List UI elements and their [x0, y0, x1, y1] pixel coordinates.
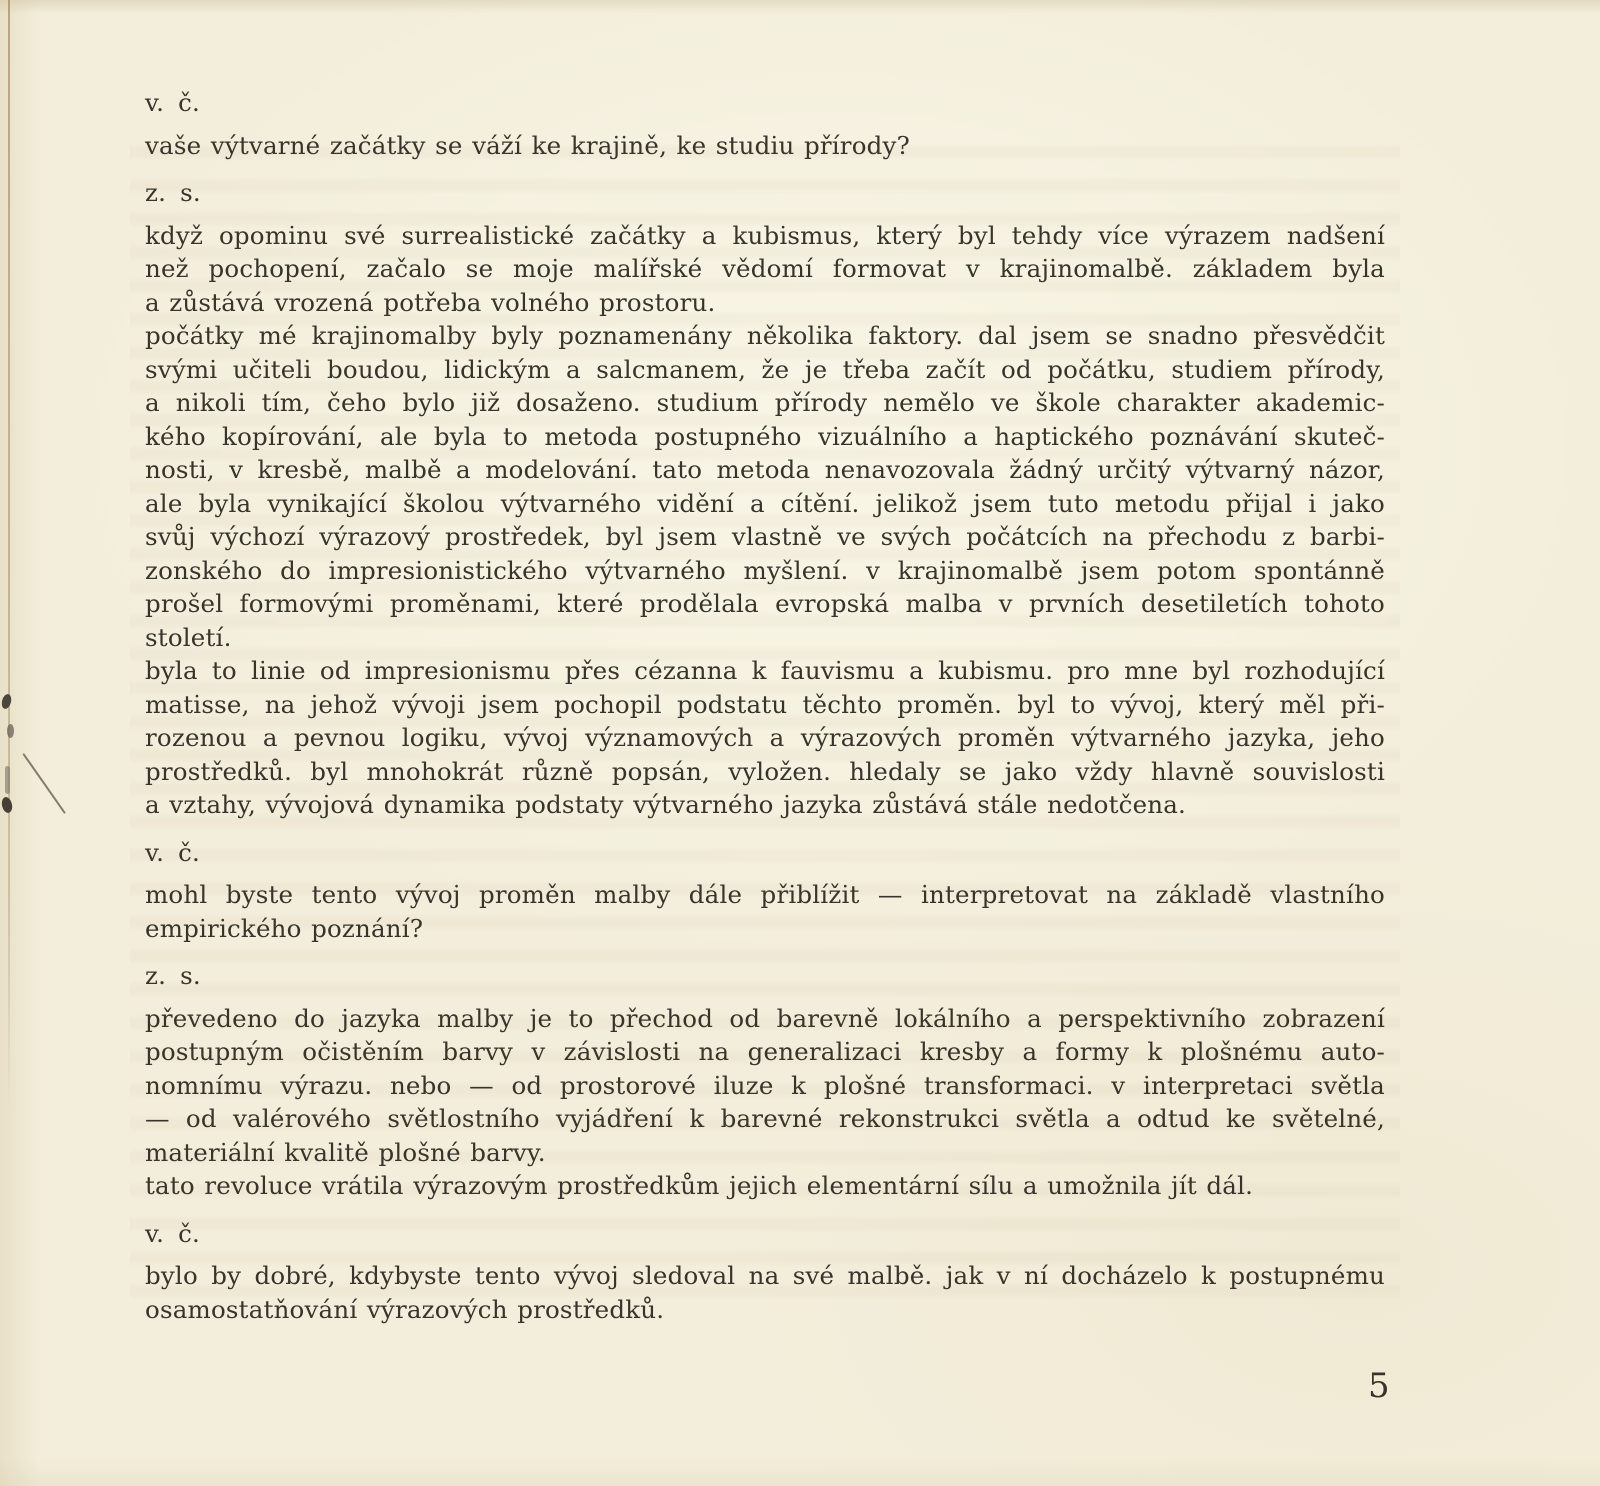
paragraph: bylo by dobré, kdybyste tento vývoj sled… [145, 1259, 1385, 1326]
speaker-label: v. č. [145, 836, 1385, 870]
text-line: než pochopení, začalo se moje malířské v… [145, 252, 1385, 286]
text-line: zonského do impresionistického výtvarnéh… [145, 554, 1385, 588]
text-line: kého kopírování, ale byla to metoda post… [145, 420, 1385, 454]
text-line: osamostatňování výrazových prostředků. [145, 1293, 1385, 1327]
text-line: mohl byste tento vývoj proměn malby dále… [145, 878, 1385, 912]
text-line: ale byla vynikající školou výtvarného vi… [145, 487, 1385, 521]
text-line: rozenou a pevnou logiku, vývoj významový… [145, 721, 1385, 755]
binding-mark [5, 766, 10, 794]
text-line: bylo by dobré, kdybyste tento vývoj sled… [145, 1259, 1385, 1293]
text-line: prošel formovými proměnami, které proděl… [145, 587, 1385, 621]
text-line: vaše výtvarné začátky se váží ke krajině… [145, 129, 1385, 163]
text-line: svými učiteli boudou, lidickým a salcman… [145, 353, 1385, 387]
text-line: počátky mé krajinomalby byly poznamenány… [145, 319, 1385, 353]
speaker-label: v. č. [145, 1217, 1385, 1251]
text-line: a nikoli tím, čeho bylo již dosaženo. st… [145, 386, 1385, 420]
text-line: když opominu své surrealistické začátky … [145, 219, 1385, 253]
text-line: století. [145, 621, 1385, 655]
paragraph: když opominu své surrealistické začátky … [145, 219, 1385, 320]
paragraph: počátky mé krajinomalby byly poznamenány… [145, 319, 1385, 654]
text-line: — od valérového světlostního vyjádření k… [145, 1102, 1385, 1136]
text-line: empirického poznání? [145, 912, 1385, 946]
paragraph: mohl byste tento vývoj proměn malby dále… [145, 878, 1385, 945]
binding-mark [0, 796, 13, 814]
page-number: 5 [1368, 1366, 1390, 1406]
text-line: postupným očistěním barvy v závislosti n… [145, 1035, 1385, 1069]
text-line: nomnímu výrazu. nebo — od prostorové ilu… [145, 1069, 1385, 1103]
speaker-label: z. s. [145, 176, 1385, 210]
text-line: matisse, na jehož vývoji jsem pochopil p… [145, 688, 1385, 722]
binding-mark [0, 693, 13, 710]
paragraph: tato revoluce vrátila výrazovým prostřed… [145, 1169, 1385, 1203]
speaker-label: v. č. [145, 86, 1385, 120]
paragraph: byla to linie od impresionismu přes céza… [145, 654, 1385, 822]
paragraph: převedeno do jazyka malby je to přechod … [145, 1002, 1385, 1170]
text-line: tato revoluce vrátila výrazovým prostřed… [145, 1169, 1385, 1203]
text-line: převedeno do jazyka malby je to přechod … [145, 1002, 1385, 1036]
speaker-label: z. s. [145, 959, 1385, 993]
text-line: prostředků. byl mnohokrát různě popsán, … [145, 755, 1385, 789]
text-line: a zůstává vrozená potřeba volného prosto… [145, 286, 1385, 320]
text-line: a vztahy, vývojová dynamika podstaty výt… [145, 788, 1385, 822]
text-line: byla to linie od impresionismu přes céza… [145, 654, 1385, 688]
text-line: svůj výchozí výrazový prostředek, byl js… [145, 520, 1385, 554]
text-line: nosti, v kresbě, malbě a modelování. tat… [145, 453, 1385, 487]
binding-mark [7, 724, 14, 738]
paragraph: vaše výtvarné začátky se váží ke krajině… [145, 129, 1385, 163]
dialogue: v. č.vaše výtvarné začátky se váží ke kr… [145, 86, 1385, 1326]
page-edge-line [8, 0, 10, 1115]
pencil-stroke [22, 753, 66, 814]
text-line: materiální kvalitě plošné barvy. [145, 1136, 1385, 1170]
